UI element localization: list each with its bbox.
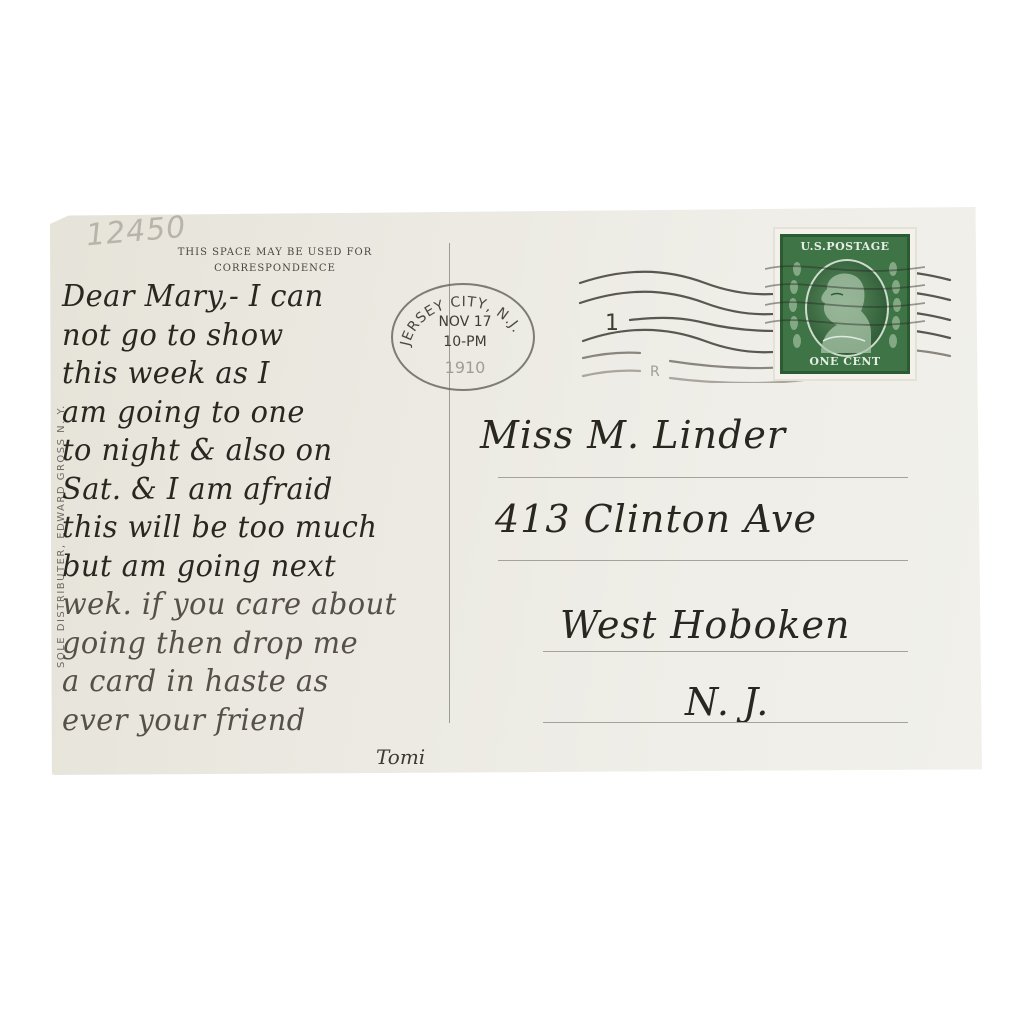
message-line: Sat. & I am afraid [62, 471, 441, 510]
address-rule-3 [543, 651, 908, 652]
postmark-year: 1910 [425, 358, 505, 377]
signature: Tomi [376, 745, 425, 769]
address-rule-1 [498, 477, 908, 478]
address-city: West Hoboken [560, 603, 851, 647]
correspondence-header: THIS SPACE MAY BE USED FOR CORRESPONDENC… [150, 245, 400, 277]
message-line: to night & also on [62, 432, 441, 471]
cancel-mark-r: R [650, 364, 660, 380]
message-line: ever your friend [62, 702, 441, 741]
cancel-mark-1: 1 [605, 311, 619, 336]
message-line: going then drop me [62, 625, 441, 664]
postmark-date-block: NOV 17 10-PM [425, 312, 505, 352]
header-line-1: THIS SPACE MAY BE USED FOR [150, 245, 400, 261]
message-line: a card in haste as [62, 663, 441, 702]
address-rule-4 [543, 722, 908, 723]
message-line: am going to one [62, 394, 441, 433]
message-line: but am going next [62, 548, 441, 587]
address-street: 413 Clinton Ave [495, 497, 817, 541]
header-line-2: CORRESPONDENCE [150, 261, 400, 277]
message-line: Dear Mary,- I can [62, 278, 441, 317]
message-line: this will be too much [62, 509, 441, 548]
stamp-cancel-lines [765, 229, 925, 379]
postmark-time: 10-PM [425, 332, 505, 352]
message-line: wek. if you care about [62, 586, 441, 625]
message-line: not go to show [62, 317, 441, 356]
address-rule-2 [498, 560, 908, 561]
address-name: Miss M. Linder [480, 413, 786, 457]
address-state: N. J. [685, 680, 769, 724]
postmark-date: NOV 17 [425, 312, 505, 332]
message-line: this week as I [62, 355, 441, 394]
postage-stamp: U.S.POSTAGE ONE CENT [775, 229, 915, 379]
